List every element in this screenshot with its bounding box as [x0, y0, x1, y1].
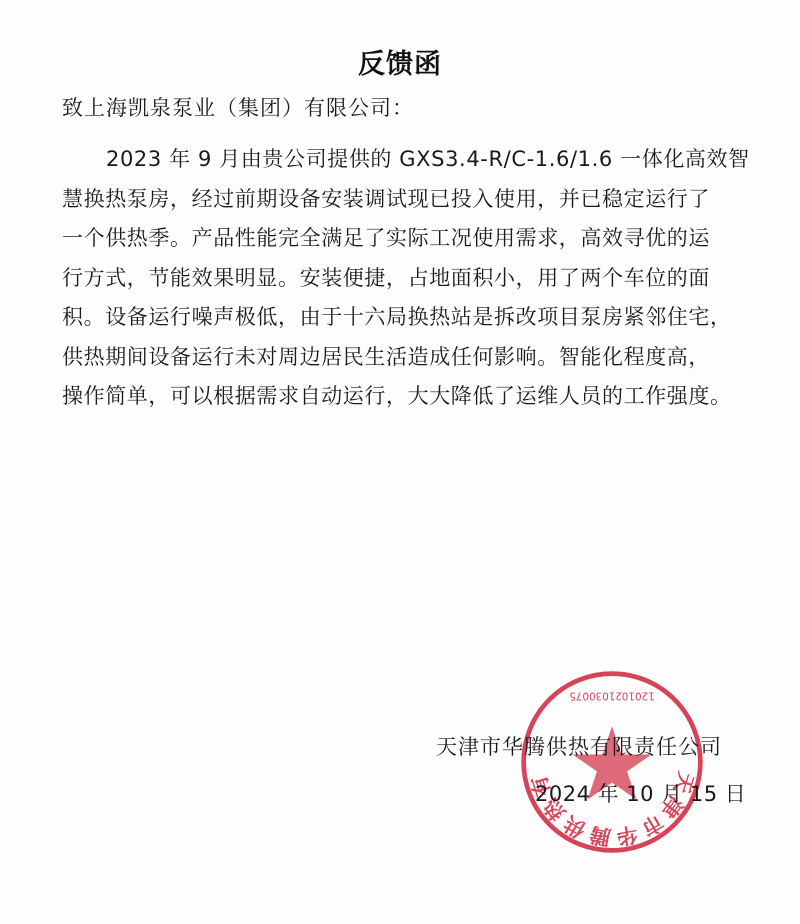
- seal-code: 1201021030075: [569, 689, 654, 701]
- signatory-company: 天津市华腾供热有限责任公司: [436, 731, 722, 761]
- salutation: 致上海凯泉泵业（集团）有限公司：: [62, 92, 414, 122]
- letter-body: 2023 年 9 月由贵公司提供的 GXS3.4-R/C-1.6/1.6 一体化…: [62, 140, 727, 417]
- body-line: 积。设备运行噪声极低，由于十六局换热站是拆改项目泵房紧邻住宅，: [62, 298, 727, 338]
- document-title: 反馈函: [0, 42, 800, 81]
- body-line: 操作简单，可以根据需求自动运行，大大降低了运维人员的工作强度。: [62, 377, 727, 417]
- body-line: 慧换热泵房，经过前期设备安装调试现已投入使用，并已稳定运行了: [62, 180, 727, 220]
- letter-date: 2024 年 10 月 15 日: [535, 778, 746, 808]
- body-line: 一个供热季。产品性能完全满足了实际工况使用需求，高效寻优的运: [62, 219, 727, 259]
- body-line: 2023 年 9 月由贵公司提供的 GXS3.4-R/C-1.6/1.6 一体化…: [62, 140, 727, 180]
- company-seal: 天津市华腾供热有限责任公司 1201021030075: [518, 668, 706, 856]
- letter-page: 反馈函 致上海凯泉泵业（集团）有限公司： 2023 年 9 月由贵公司提供的 G…: [0, 0, 800, 924]
- body-line: 供热期间设备运行未对周边居民生活造成任何影响。智能化程度高，: [62, 338, 727, 378]
- body-line: 行方式，节能效果明显。安装便捷，占地面积小，用了两个车位的面: [62, 259, 727, 299]
